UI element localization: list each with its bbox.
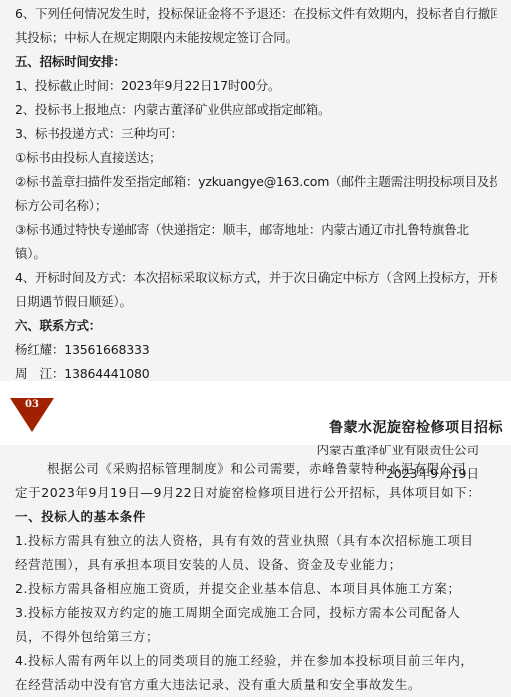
contact-yang: 杨红耀：13561668333 (15, 338, 497, 362)
section-banner: 03 鲁蒙水泥旋窑检修项目招标 (0, 381, 511, 445)
delivery-methods-line: 3、标书投递方式：三种均可： (15, 122, 497, 146)
delivery-method-2-cont: 标方公司名称）； (15, 194, 497, 218)
heading-schedule: 五、招标时间安排： (15, 50, 497, 74)
paragraph-line: 其投标；中标人在规定期限内未能按规定签订合同。 (15, 26, 497, 50)
paragraph-line: 6、下列任何情况发生时，投标保证金将不予退还：在投标文件有效期内，投标者自行撤回 (15, 2, 497, 26)
condition-3-cont: 员，不得外包给第三方； (15, 625, 505, 649)
heading-bidder-conditions: 一、投标人的基本条件 (15, 505, 505, 529)
deadline-line: 1、投标截止时间：2023年9月22日17时00分。 (15, 74, 497, 98)
intro-paragraph: 根据公司《采购招标管理制度》和公司需要，赤峰鲁蒙特种水泥有限公司 (15, 457, 505, 481)
tender-notice-section-2: 根据公司《采购招标管理制度》和公司需要，赤峰鲁蒙特种水泥有限公司 定于2023年… (15, 457, 505, 673)
delivery-method-3: ③标书通过特快专递邮寄（快递指定：顺丰，邮寄地址：内蒙古通辽市扎鲁特旗鲁北 (15, 218, 497, 242)
condition-1-cont: 经营范围），具有承担本项目安装的人员、设备、资金及专业能力； (15, 553, 505, 577)
delivery-method-3-cont: 镇）。 (15, 242, 497, 266)
section-title: 鲁蒙水泥旋窑检修项目招标 (329, 417, 503, 437)
condition-3: 3.投标方能按双方约定的施工周期全面完成施工合同，投标方需本公司配备人 (15, 601, 505, 625)
condition-2: 2.投标方需具备相应施工资质，并提交企业基本信息、本项目具体施工方案； (15, 577, 505, 601)
heading-contact: 六、联系方式： (15, 314, 497, 338)
submission-location-line: 2、投标书上报地点：内蒙古董泽矿业供应部或指定邮箱。 (15, 98, 497, 122)
bid-opening-line: 4、开标时间及方式：本次招标采取议标方式，并于次日确定中标方（含网上投标方，开标 (15, 266, 497, 290)
delivery-method-1: ①标书由投标人直接送达； (15, 146, 497, 170)
badge-number: 03 (22, 399, 42, 410)
intro-paragraph-cont: 定于2023年9月19日—9月22日对旋窑检修项目进行公开招标，具体项目如下： (15, 481, 505, 505)
condition-1: 1.投标方需具有独立的法人资格，具有有效的营业执照（具有本次招标施工项目 (15, 529, 505, 553)
delivery-method-2: ②标书盖章扫描件发至指定邮箱：yzkuangye@163.com（邮件主题需注明… (15, 170, 497, 194)
condition-4: 4.投标人需有两年以上的同类项目的施工经验，并在参加本投标项目前三年内， (15, 649, 505, 673)
bid-opening-line-cont: 日期遇节假日顺延）。 (15, 290, 497, 314)
